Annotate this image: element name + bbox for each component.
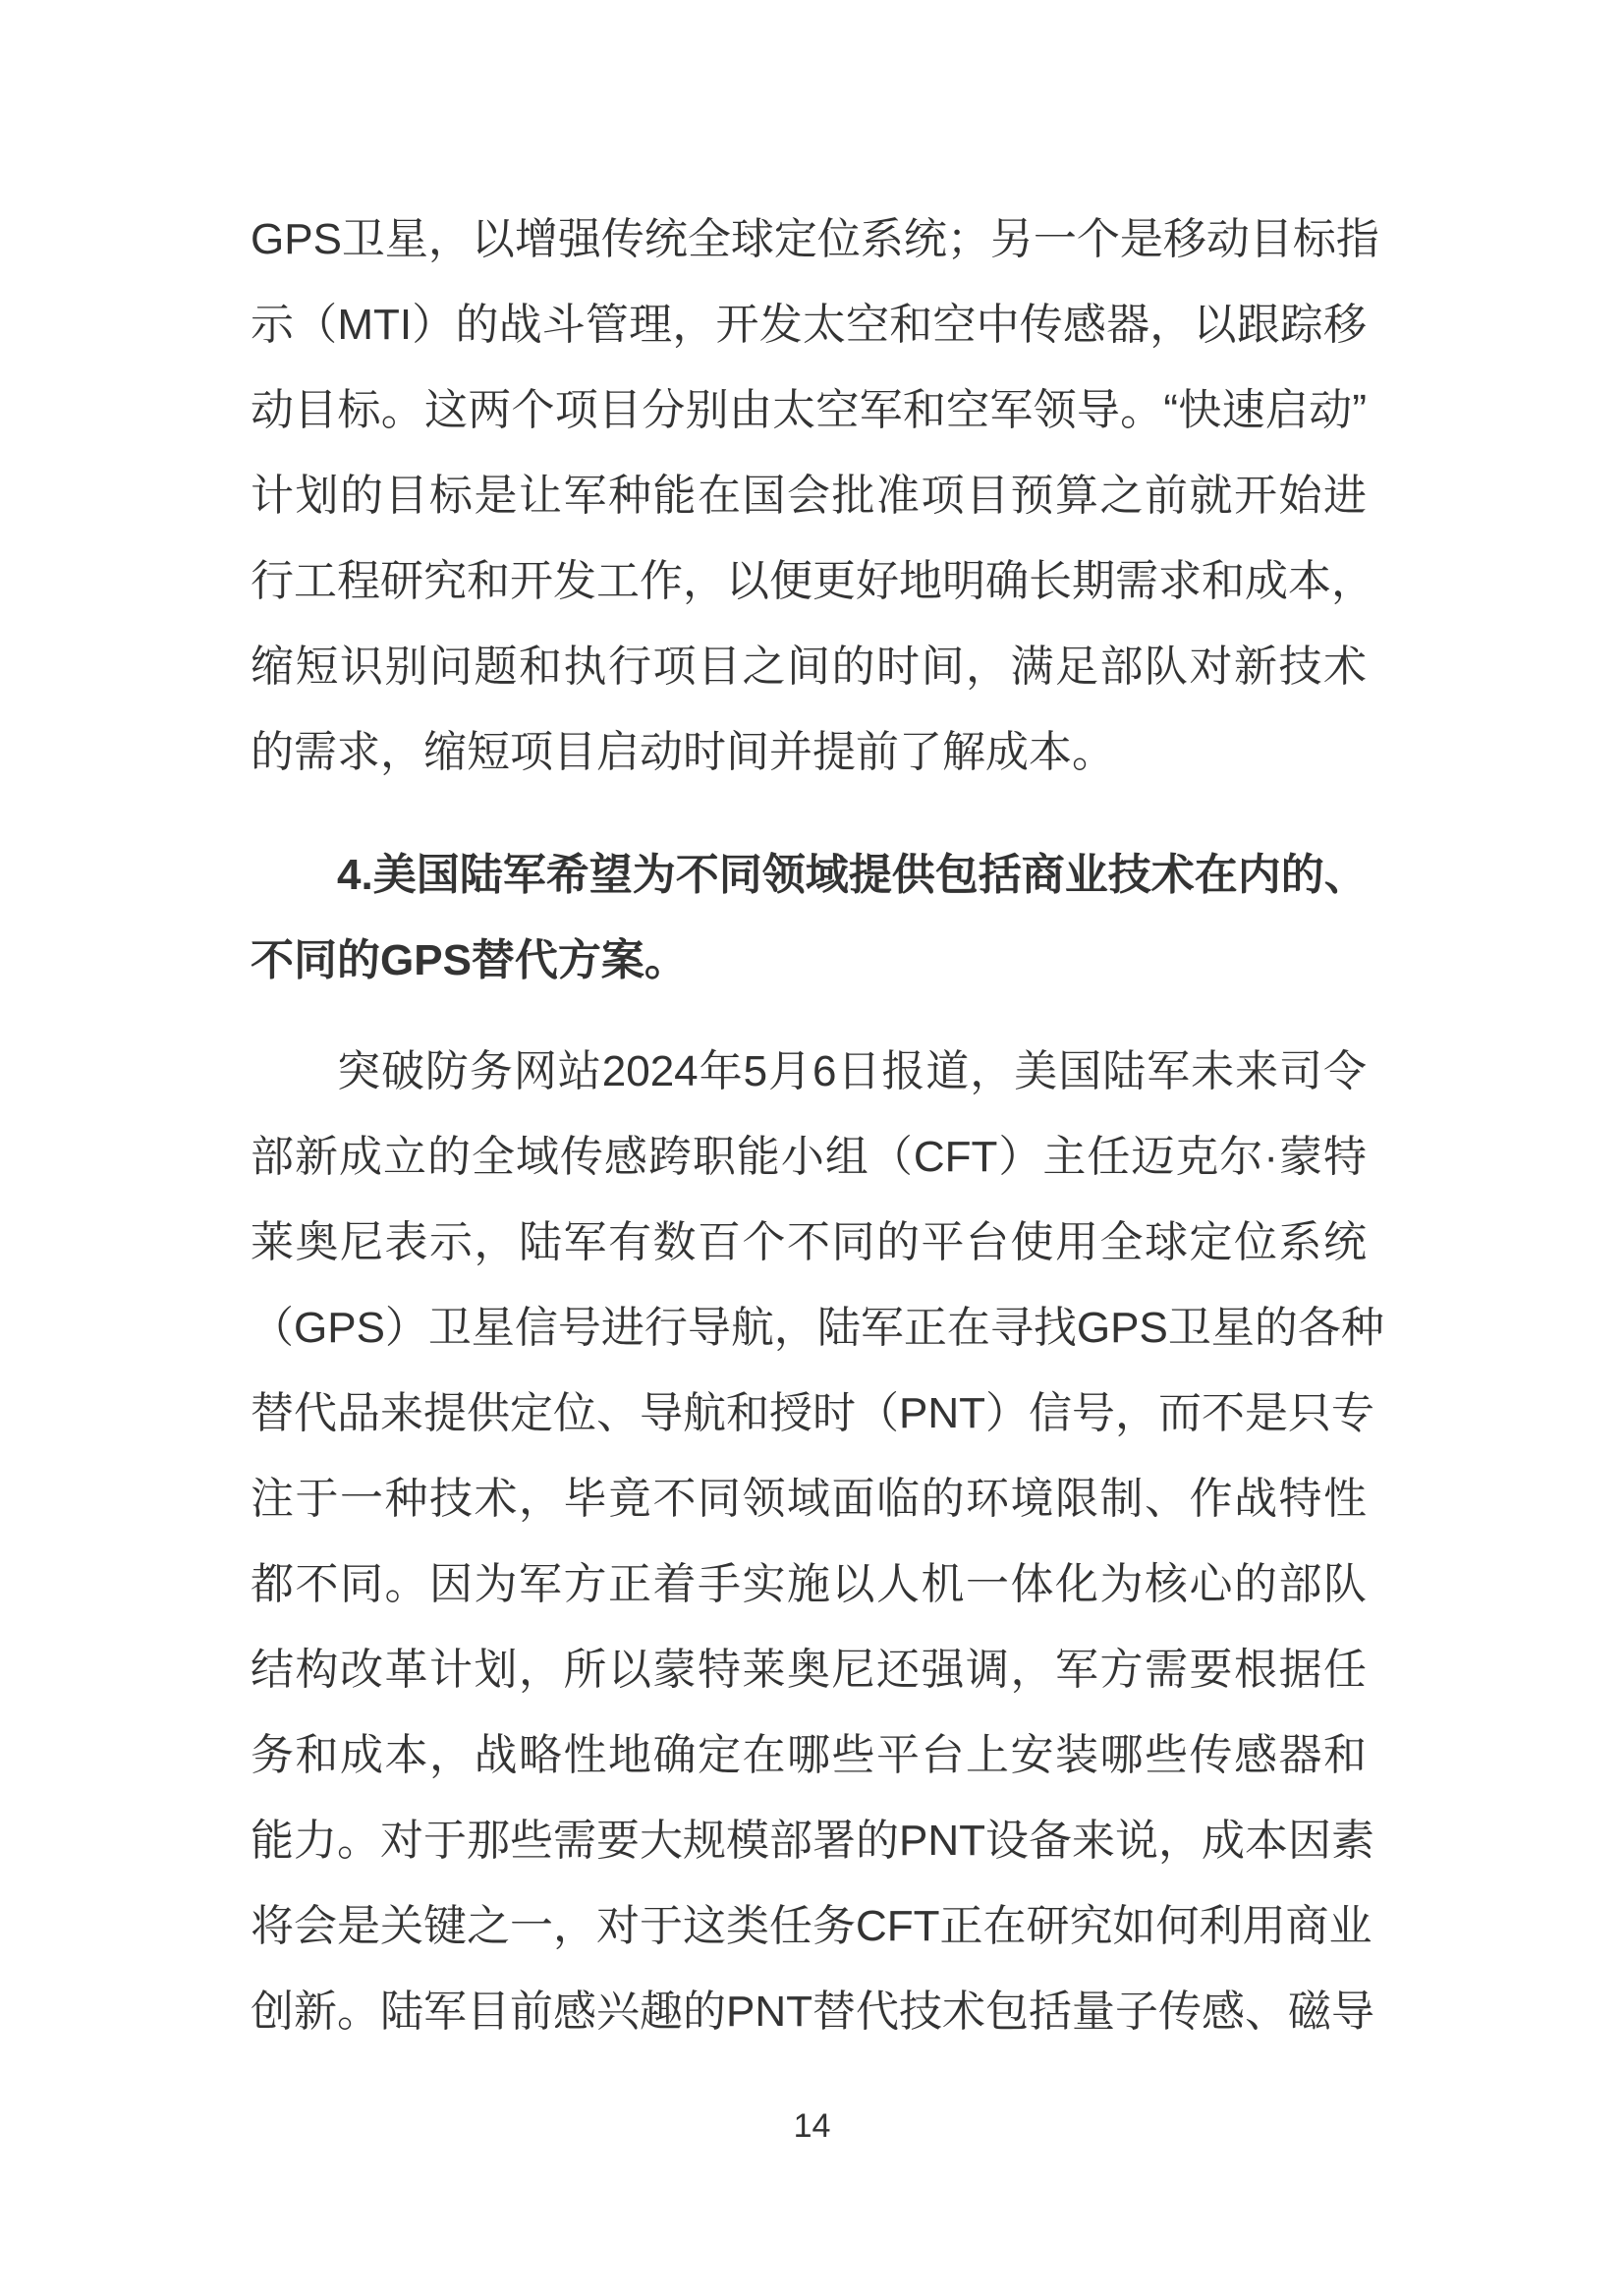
- section-heading: 4.美国陆军希望为不同领域提供包括商业技术在内的、不同的GPS替代方案。: [251, 832, 1367, 1003]
- text-line: 4.美国陆军希望为不同领域提供包括商业技术在内的、: [251, 832, 1367, 918]
- text-line: 能力。对于那些需要大规模部署的PNT设备来说，成本因素: [251, 1798, 1367, 1883]
- text-line: 务和成本，战略性地确定在哪些平台上安装哪些传感器和: [251, 1712, 1367, 1798]
- text-line: 部新成立的全域传感跨职能小组（CFT）主任迈克尔·蒙特: [251, 1114, 1367, 1200]
- document-page: GPS卫星，以增强传统全球定位系统；另一个是移动目标指示（MTI）的战斗管理，开…: [0, 0, 1624, 2296]
- text-line: 示（MTI）的战斗管理，开发太空和空中传感器，以跟踪移: [251, 282, 1367, 367]
- paragraph-continuation: GPS卫星，以增强传统全球定位系统；另一个是移动目标指示（MTI）的战斗管理，开…: [251, 196, 1367, 795]
- text-line: 突破防务网站2024年5月6日报道，美国陆军未来司令: [251, 1029, 1367, 1114]
- text-line: 计划的目标是让军种能在国会批准项目预算之前就开始进: [251, 453, 1367, 538]
- text-line: 行工程研究和开发工作，以便更好地明确长期需求和成本，: [251, 538, 1367, 624]
- text-line: GPS卫星，以增强传统全球定位系统；另一个是移动目标指: [251, 196, 1367, 282]
- page-number: 14: [0, 2108, 1624, 2144]
- paragraph-news: 突破防务网站2024年5月6日报道，美国陆军未来司令部新成立的全域传感跨职能小组…: [251, 1029, 1367, 2054]
- text-line: 都不同。因为军方正着手实施以人机一体化为核心的部队: [251, 1541, 1367, 1627]
- text-line: 注于一种技术，毕竟不同领域面临的环境限制、作战特性: [251, 1456, 1367, 1541]
- page-content: GPS卫星，以增强传统全球定位系统；另一个是移动目标指示（MTI）的战斗管理，开…: [251, 196, 1367, 2054]
- text-line: 结构改革计划，所以蒙特莱奥尼还强调，军方需要根据任: [251, 1627, 1367, 1712]
- text-line: 替代品来提供定位、导航和授时（PNT）信号，而不是只专: [251, 1371, 1367, 1456]
- text-line: 创新。陆军目前感兴趣的PNT替代技术包括量子传感、磁导: [251, 1969, 1367, 2054]
- text-line: 不同的GPS替代方案。: [251, 918, 1367, 1003]
- text-line: 的需求，缩短项目启动时间并提前了解成本。: [251, 709, 1367, 795]
- text-line: （GPS）卫星信号进行导航，陆军正在寻找GPS卫星的各种: [251, 1285, 1367, 1371]
- text-line: 将会是关键之一，对于这类任务CFT正在研究如何利用商业: [251, 1883, 1367, 1969]
- text-line: 莱奥尼表示，陆军有数百个不同的平台使用全球定位系统: [251, 1200, 1367, 1285]
- text-line: 缩短识别问题和执行项目之间的时间，满足部队对新技术: [251, 624, 1367, 709]
- text-line: 动目标。这两个项目分别由太空军和空军领导。“快速启动”: [251, 367, 1367, 453]
